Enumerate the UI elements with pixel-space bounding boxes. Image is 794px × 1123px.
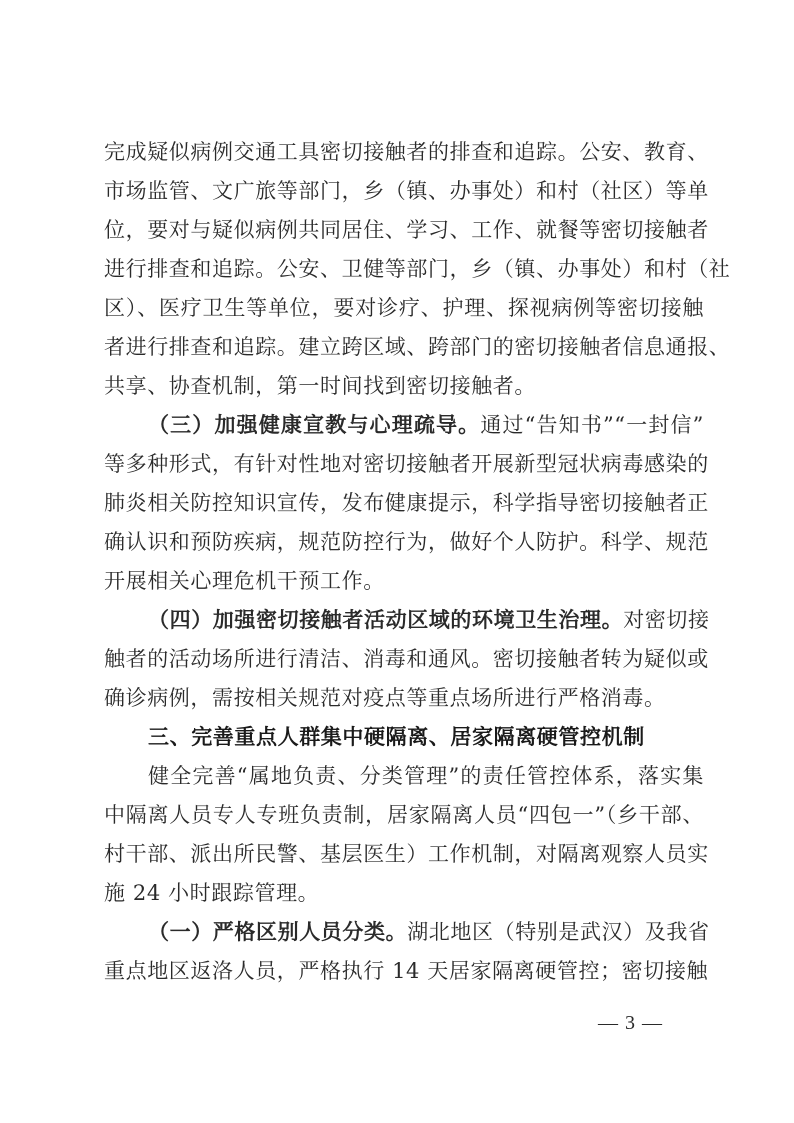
- body-text-line: 施 24 小时跟踪管理。: [104, 874, 704, 913]
- body-text-line: 开展相关心理危机干预工作。: [104, 562, 704, 601]
- body-text-line: 肺炎相关防控知识宣传，发布健康提示，科学指导密切接触者正: [104, 484, 704, 523]
- body-text-line: 共享、协查机制，第一时间找到密切接触者。: [104, 367, 704, 406]
- section-3-title: （三）加强健康宣教与心理疏导。: [148, 413, 480, 437]
- body-text-line: 者进行排查和追踪。建立跨区域、跨部门的密切接触者信息通报、: [104, 328, 704, 367]
- body-text-line: 确诊病例，需按相关规范对疫点等重点场所进行严格消毒。: [104, 679, 704, 718]
- page-number: — 3 —: [598, 1012, 663, 1035]
- body-text-line: 触者的活动场所进行清洁、消毒和通风。密切接触者转为疑似或: [104, 640, 704, 679]
- document-page: 完成疑似病例交通工具密切接触者的排查和追踪。公安、教育、 市场监管、文广旅等部门…: [0, 0, 794, 1123]
- body-text-line: 区）、医疗卫生等单位，要对诊疗、护理、探视病例等密切接触: [104, 289, 704, 328]
- section-4-text: 对密切接: [623, 608, 709, 632]
- body-text-line: 等多种形式，有针对性地对密切接触者开展新型冠状病毒感染的: [104, 445, 704, 484]
- subsection-1-paragraph-start: （一）严格区别人员分类。湖北地区（特别是武汉）及我省: [148, 913, 704, 952]
- section-heading-3: 三、完善重点人群集中硬隔离、居家隔离硬管控机制: [148, 718, 704, 757]
- body-text-line: 市场监管、文广旅等部门，乡（镇、办事处）和村（社区）等单: [104, 172, 704, 211]
- body-text-line: 确认识和预防疾病，规范防控行为，做好个人防护。科学、规范: [104, 523, 704, 562]
- subsection-1-title: （一）严格区别人员分类。: [148, 920, 407, 944]
- body-text-line: 进行排查和追踪。公安、卫健等部门，乡（镇、办事处）和村（社: [104, 250, 704, 289]
- body-text-line: 中隔离人员专人专班负责制，居家隔离人员“四包一”（乡干部、: [104, 796, 704, 835]
- section-3-paragraph-start: （三）加强健康宣教与心理疏导。通过“告知书”“一封信”: [148, 406, 704, 445]
- subsection-1-text: 湖北地区（特别是武汉）及我省: [407, 920, 709, 944]
- body-text-line: 村干部、派出所民警、基层医生）工作机制，对隔离观察人员实: [104, 835, 704, 874]
- section-4-title: （四）加强密切接触者活动区域的环境卫生治理。: [148, 608, 623, 632]
- body-text-line: 重点地区返洛人员，严格执行 14 天居家隔离硬管控；密切接触: [104, 952, 704, 991]
- body-text-line: 位，要对与疑似病例共同居住、学习、工作、就餐等密切接触者: [104, 211, 704, 250]
- body-text-line: 健全完善“属地负责、分类管理”的责任管控体系，落实集: [148, 757, 704, 796]
- body-text-line: 完成疑似病例交通工具密切接触者的排查和追踪。公安、教育、: [104, 133, 704, 172]
- section-3-text: 通过“告知书”“一封信”: [480, 413, 704, 437]
- section-4-paragraph-start: （四）加强密切接触者活动区域的环境卫生治理。对密切接: [148, 601, 704, 640]
